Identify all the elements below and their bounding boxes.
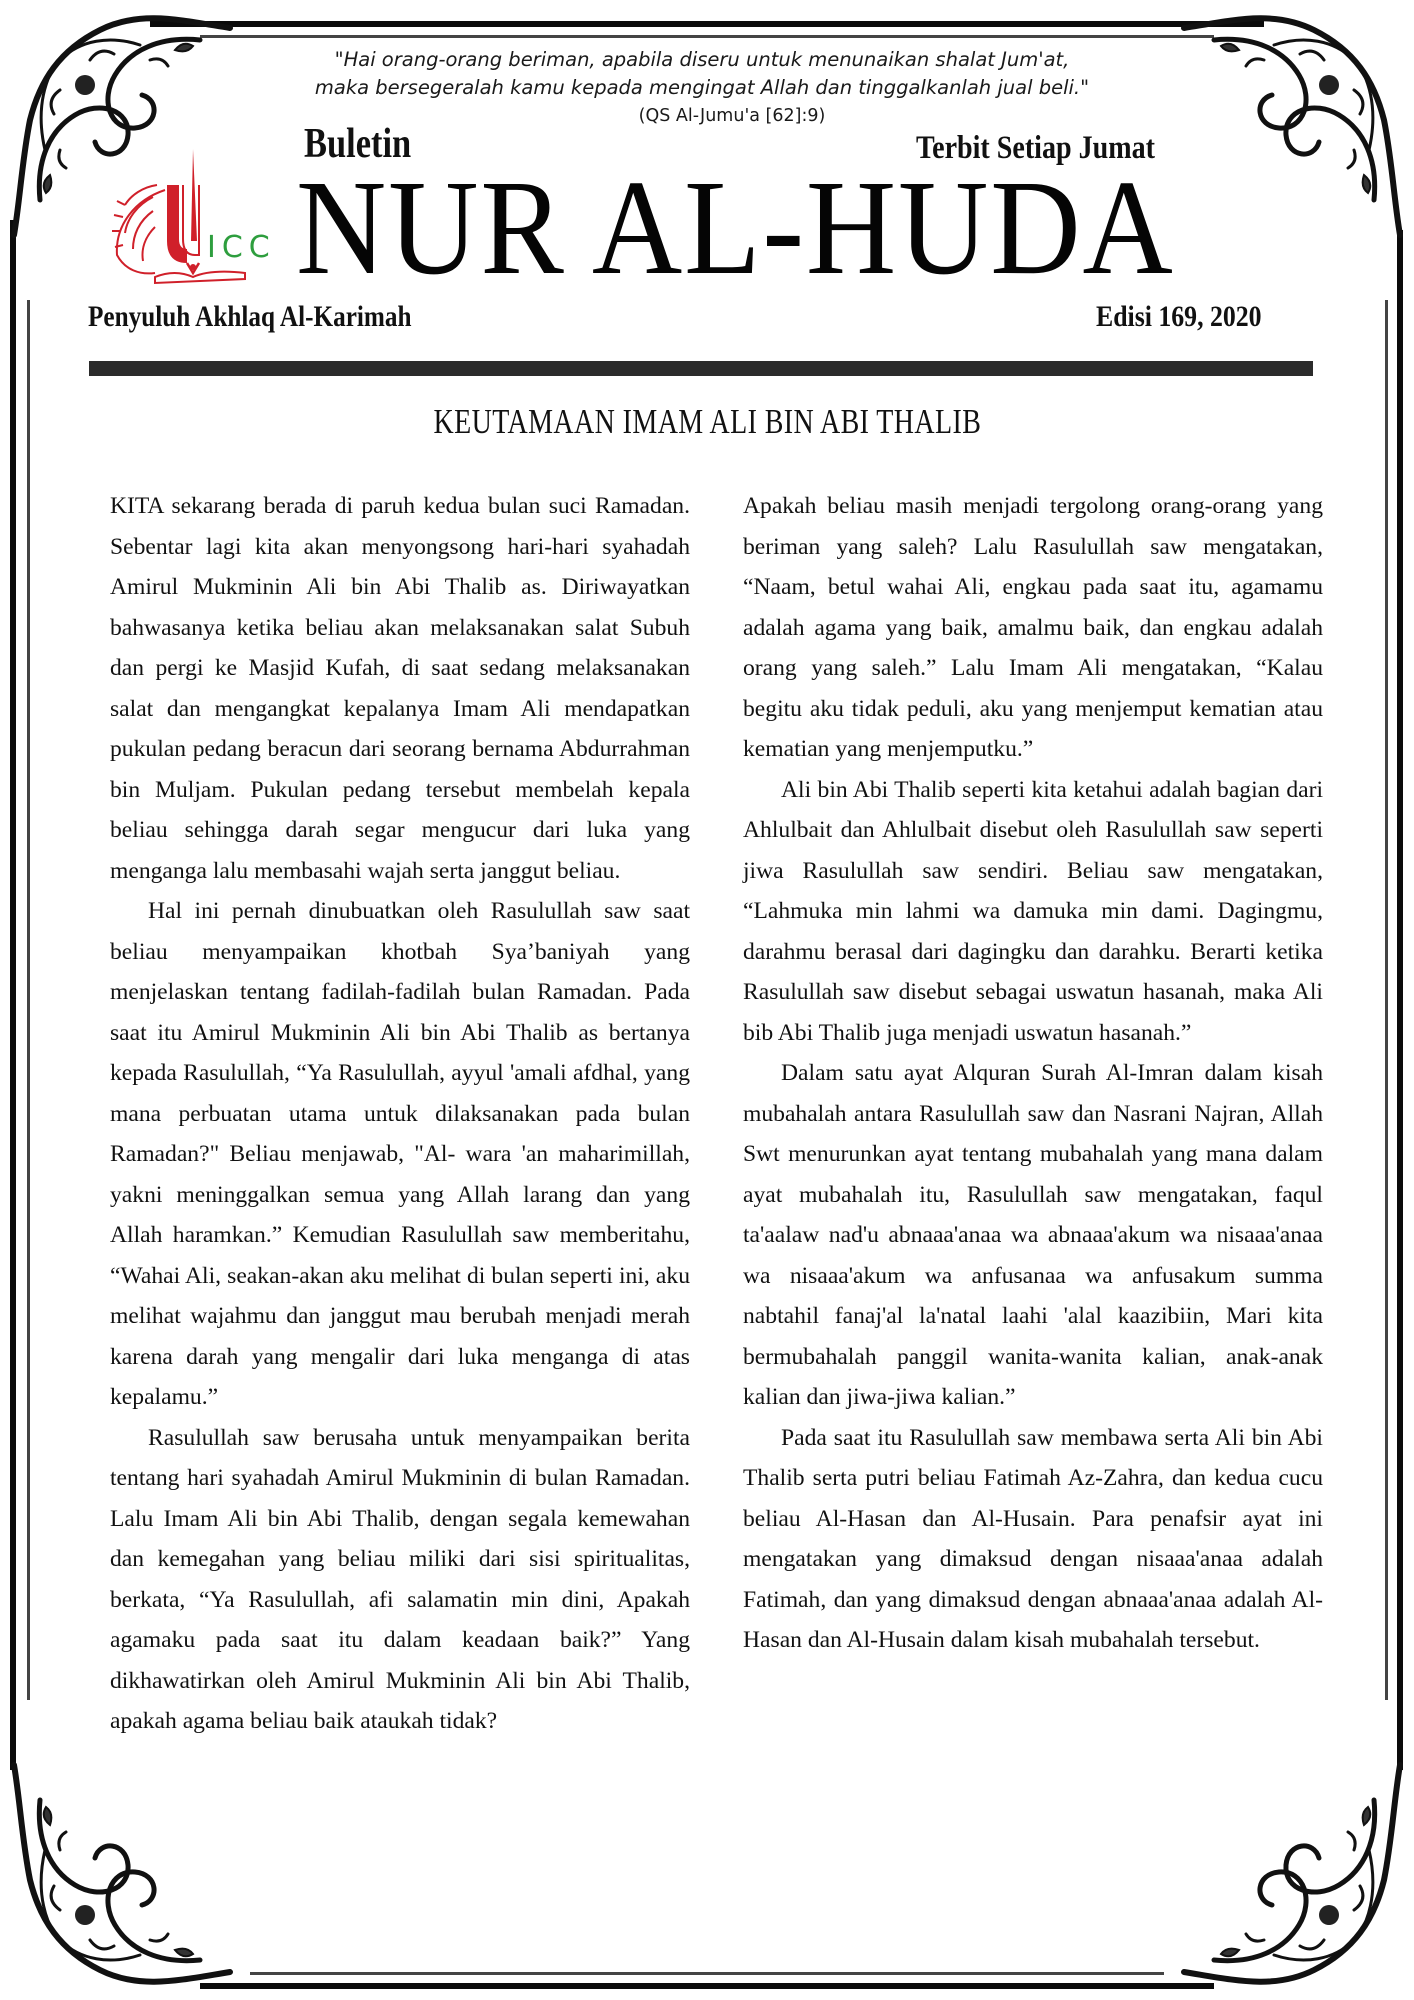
corner-ornament-bottom-left-icon [0,1760,240,2000]
masthead-title: NUR AL-HUDA [296,160,1175,296]
frame-right-inner-line [1385,300,1388,1700]
article-title-text: KEUTAMAAN IMAM ALI BIN ABI THALIB [433,402,981,442]
quote-line-2: maka bersegeralah kamu kepada mengingat … [230,74,1174,102]
paragraph: Pada saat itu Rasulullah saw membawa ser… [743,1418,1323,1661]
paragraph: Ali bin Abi Thalib seperti kita ketahui … [743,770,1323,1054]
paragraph: Dalam satu ayat Alquran Surah Al-Imran d… [743,1053,1323,1418]
header-divider-rule [89,361,1313,376]
tagline: Penyuluh Akhlaq Al-Karimah [88,300,411,334]
edition-label: Edisi 169, 2020 [1096,300,1262,334]
frame-top-outer-line [150,21,1264,27]
frame-right-outer-line [1397,230,1403,1770]
frame-top-inner-line [200,35,1214,38]
paragraph: Rasulullah saw berusaha untuk menyampaik… [110,1418,690,1742]
corner-ornament-bottom-right-icon [1174,1760,1414,2000]
quran-quote: "Hai orang-orang beriman, apabila diseru… [230,46,1174,130]
frame-bottom-inner-line [250,1972,1164,1975]
logo-text: ICC [207,230,276,265]
corner-ornament-top-right-icon [1174,0,1414,240]
frame-left-inner-line [27,300,30,1700]
paragraph: KITA sekarang berada di paruh kedua bula… [110,486,690,891]
frame-left-outer-line [10,220,16,1770]
paragraph: Hal ini pernah dinubuatkan oleh Rasulull… [110,891,690,1418]
article-title: KEUTAMAAN IMAM ALI BIN ABI THALIB [0,402,1414,442]
article-left-column: KITA sekarang berada di paruh kedua bula… [110,486,690,1742]
article-right-column: Apakah beliau masih menjadi tergolong or… [743,486,1323,1661]
icc-logo-icon: ICC [95,145,287,285]
frame-bottom-outer-line [200,1983,1214,1989]
quote-line-1: "Hai orang-orang beriman, apabila diseru… [230,46,1174,74]
paragraph: Apakah beliau masih menjadi tergolong or… [743,486,1323,770]
